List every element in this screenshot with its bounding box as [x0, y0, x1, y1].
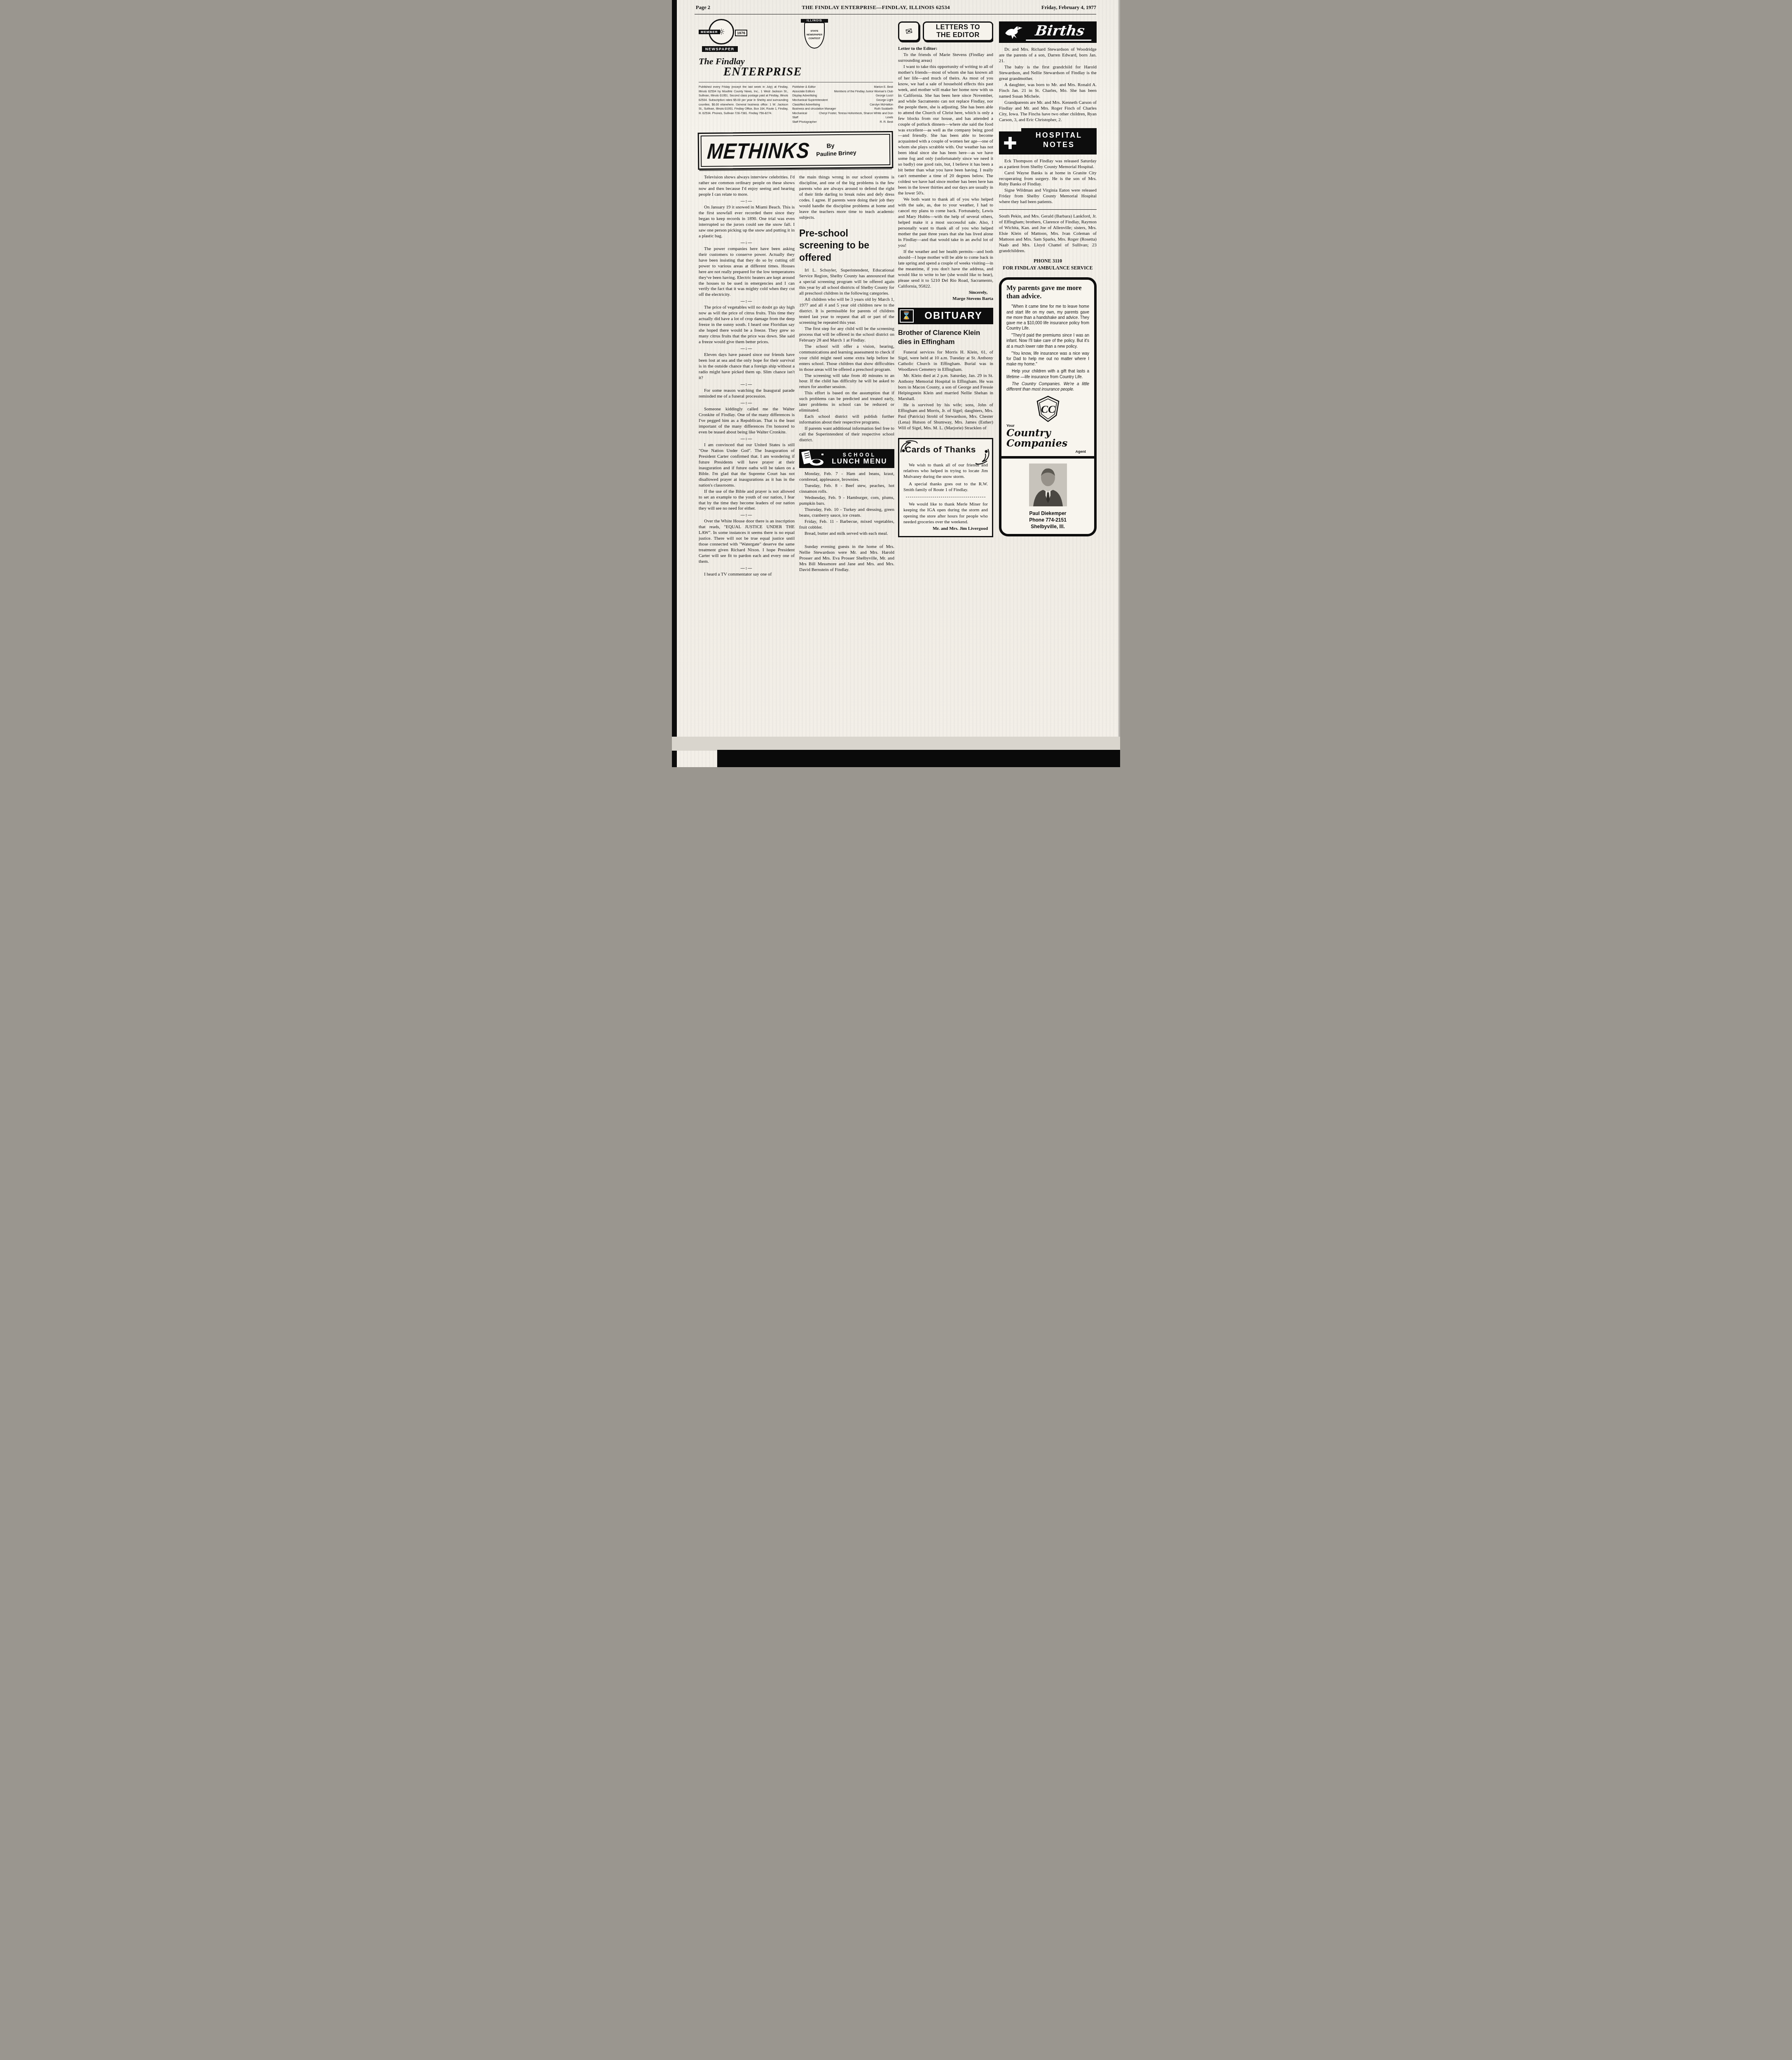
scan-artifact-band — [672, 737, 1120, 751]
agent-name: Paul Diekemper — [1006, 510, 1089, 517]
envelope-icon: ✉ — [904, 26, 913, 37]
ambulance-notice: PHONE 3110 FOR FINDLAY AMBULANCE SERVICE — [999, 257, 1097, 272]
hospital-banner-line2: NOTES — [1025, 140, 1093, 150]
birth-announcement: A daughter, was born to Mr. and Mrs. Ron… — [999, 82, 1097, 100]
section-divider: —:— — [699, 382, 795, 387]
paragraph: Each school district will publish furthe… — [799, 414, 894, 426]
obituary-paragraph: Funeral services for Morris H. Klein, 61… — [898, 350, 993, 373]
hospital-note: Carol Wayne Banks is at home in Granite … — [999, 171, 1097, 188]
scan-edge-right — [1118, 0, 1120, 767]
stork-icon — [1003, 24, 1025, 40]
paragraph: This effort is based on the assumption t… — [799, 391, 894, 414]
thanks-note-paragraph: We would like to thank Merle Miner for k… — [903, 501, 988, 525]
letters-banner-line1: LETTERS TO — [926, 23, 990, 31]
crest-text: STATE NEWSPAPER CONTEST — [804, 30, 825, 41]
staff-value: Members of the Findlay Junior Woman's Cl… — [834, 89, 893, 94]
newspaper-page: Page 2 THE FINDLAY ENTERPRISE—FINDLAY, I… — [672, 0, 1120, 767]
lunch-banner-line1: SCHOOL — [828, 452, 891, 458]
staff-label: Associate Editors — [792, 89, 815, 94]
staff-label: Classified Advertising — [792, 103, 820, 107]
staff-label: Mechanical Superintendent — [792, 98, 828, 103]
paragraph: Irl L. Schuyler, Superintendent, Educati… — [799, 268, 894, 297]
staff-row: Business and circulation ManagerRuth Sud… — [792, 107, 893, 111]
section-divider: —:— — [699, 346, 795, 351]
scan-artifact-bottom-bar — [717, 750, 1120, 767]
paragraph: Over the White House door there is an in… — [699, 519, 795, 565]
cross-icon — [1003, 136, 1017, 150]
paragraph: For some reason watching the Inaugural p… — [699, 388, 795, 400]
menu-plate-icon — [801, 450, 825, 467]
letters-to-editor-banner: ✉ LETTERS TO THE EDITOR — [898, 21, 993, 41]
flourish-icon — [900, 440, 918, 454]
methinks-column-banner: METHINKS By Pauline Briney — [698, 131, 894, 170]
press-association-seal: ☼ MEMBER 1976 NEWSPAPER — [699, 19, 747, 54]
ad-paragraph: Help your children with a gift that last… — [1006, 369, 1089, 379]
ad-agent-label: Agent — [1006, 449, 1086, 454]
obituary-banner: ⌛ OBITUARY — [898, 308, 993, 324]
cards-of-thanks-box: Cards of Thanks We wish to thank all of … — [898, 438, 993, 538]
social-note: Sunday evening guests in the home of Mrs… — [799, 544, 894, 573]
page-number: Page 2 — [696, 5, 710, 11]
preschool-headline: Pre-school screening to be offered — [799, 227, 894, 264]
menu-item: Friday, Feb. 11 - Barbecue, mixed vegeta… — [799, 519, 894, 531]
staff-label: Staff Photographer — [792, 120, 816, 124]
paragraph: The screening will take from 40 minutes … — [799, 373, 894, 391]
hospital-note: Eck Thompson of Findlay was released Sat… — [999, 159, 1097, 170]
agent-phone: Phone 774-2151 — [1006, 517, 1089, 523]
thanks-note-signature: Mr. and Mrs. Jim Livergood — [903, 526, 988, 531]
staff-value: R. R. Best — [880, 120, 893, 124]
menu-item: Tuesday, Feb. 8 - Beef stew, peaches, ho… — [799, 483, 894, 495]
seal-newspaper-bar: NEWSPAPER — [702, 46, 738, 52]
letter-paragraph: I want to take this opportunity of writi… — [898, 64, 993, 197]
section-divider: —:— — [699, 566, 795, 571]
paragraph: Eleven days have passed since our friend… — [699, 352, 795, 381]
section-divider: —:— — [699, 241, 795, 245]
crest-ribbon: ILLINOIS — [801, 19, 828, 23]
thanks-note-paragraph: A special thanks goes out to the R.W. Sm… — [903, 481, 988, 493]
menu-item: Monday, Feb. 7 - Ham and beans, kraut, c… — [799, 471, 894, 483]
paragraph: The power companies here have been askin… — [699, 246, 795, 298]
ambulance-service: FOR FINDLAY AMBULANCE SERVICE — [999, 265, 1097, 272]
agent-photo — [1029, 463, 1067, 506]
births-banner: Births — [999, 21, 1097, 43]
header-rule — [695, 14, 1096, 14]
section-divider: —:— — [699, 513, 795, 517]
staff-value: George Lozzi — [876, 94, 893, 98]
methinks-byline: By Pauline Briney — [816, 141, 856, 158]
section-divider: —:— — [699, 437, 795, 441]
obituary-paragraph: He is survived by his wife; sons, John o… — [898, 403, 993, 431]
ad-paragraph: "You know, life insurance was a nice way… — [1006, 351, 1089, 368]
columnist-name: Pauline Briney — [816, 149, 856, 157]
country-companies-ad: My parents gave me more than advice. "Wh… — [999, 277, 1097, 536]
paragraph: If the use of the Bible and prayer is no… — [699, 489, 795, 512]
note-divider — [906, 497, 985, 497]
birth-announcement: Dr. and Mrs. Richard Stewardson of Woodr… — [999, 47, 1097, 64]
methinks-title: METHINKS — [706, 138, 810, 164]
staff-label: Display Advertising — [792, 94, 817, 98]
publication-info: Published every Friday (except the last … — [699, 85, 788, 124]
menu-item: Wednesday, Feb. 9 - Hamburger, corn, plu… — [799, 495, 894, 507]
member-ribbon: MEMBER — [699, 30, 720, 34]
staff-row: Associate EditorsMembers of the Findlay … — [792, 89, 893, 94]
paragraph: If parents want additional information f… — [799, 426, 894, 443]
paragraph: The school will offer a vision, hearing,… — [799, 344, 894, 373]
column-3: ✉ LETTERS TO THE EDITOR Letter to the Ed… — [898, 21, 993, 727]
obituary-continuation: South Pekin, and Mrs. Gerald (Barbara) L… — [999, 214, 1097, 254]
section-divider: —:— — [699, 401, 795, 405]
ad-paragraph: The Country Companies. We're a little di… — [1006, 382, 1089, 392]
hospital-notes-banner: HOSPITAL NOTES — [999, 128, 1097, 154]
hospital-banner-line1: HOSPITAL — [1025, 131, 1093, 140]
staff-label: Mechanical Staff — [792, 111, 813, 120]
birth-announcement: Grandparents are Mr. and Mrs. Kenneth Ca… — [999, 100, 1097, 123]
letter-paragraph: We both want to thank all of you who hel… — [898, 197, 993, 249]
staff-row: Mechanical StaffCheryl Foster, Teresa Ho… — [792, 111, 893, 120]
staff-label: Business and circulation Manager — [792, 107, 836, 111]
ad-brand-line2: Companies — [1006, 438, 1089, 448]
ad-brand-line1: Country — [1006, 428, 1089, 438]
ad-paragraph: "When it came time for me to leave home … — [1006, 304, 1089, 331]
paragraph: Television shows always interview celebr… — [699, 175, 795, 198]
staff-value: Marion E. Best — [874, 85, 893, 89]
letter-closing: Sincerely, — [898, 290, 987, 296]
staff-label: Publisher & Editor — [792, 85, 816, 89]
obituary-banner-title: OBITUARY — [914, 310, 993, 322]
section-rule — [999, 209, 1097, 210]
ad-paragraph: "They'd paid the premiums since I was an… — [1006, 333, 1089, 349]
obituary-paragraph: Mr. Klein died at 2 p.m. Saturday, Jan. … — [898, 373, 993, 402]
school-lunch-menu-banner: SCHOOL LUNCH MENU — [799, 449, 894, 468]
letter-salutation: Letter to the Editor: — [898, 46, 993, 52]
paragraph: I am convinced that our United States is… — [699, 442, 795, 489]
column-4: Births Dr. and Mrs. Richard Stewardson o… — [999, 21, 1097, 727]
paragraph: On January 19 it snowed in Miami Beach. … — [699, 205, 795, 239]
section-divider: —:— — [699, 299, 795, 304]
letter-signature: Marge Stevens Barta — [898, 296, 993, 302]
menu-note: Bread, butter and milk served with each … — [799, 531, 894, 537]
birth-announcement: The baby is the first grandchild for Har… — [999, 65, 1097, 82]
paragraph: I heard a TV commentator say one of — [699, 572, 795, 578]
ambulance-phone: PHONE 3110 — [999, 257, 1097, 265]
staff-value: Cheryl Foster, Teresa Hollonbeck, Sharon… — [815, 111, 893, 120]
obituary-headline: Brother of Clarence Klein dies in Effing… — [898, 328, 993, 347]
menu-item: Thursday, Feb. 10 - Turkey and dressing,… — [799, 507, 894, 519]
issue-date: Friday, February 4, 1977 — [1041, 5, 1096, 11]
paragraph: The price of vegetables will no doubt go… — [699, 305, 795, 345]
column-2: the main things wrong in our school syst… — [799, 175, 894, 729]
hourglass-icon: ⌛ — [902, 311, 911, 320]
letter-intro: To the friends of Marie Stevens (Findlay… — [898, 52, 993, 64]
svg-text:CC: CC — [1041, 403, 1055, 415]
staff-row: Classified AdvertisingCarolyn McHatton — [792, 103, 893, 107]
paragraph: All children who will be 3 years old by … — [799, 297, 894, 326]
staff-row: Display AdvertisingGeorge Lozzi — [792, 94, 893, 98]
ad-headline: My parents gave me more than advice. — [1006, 284, 1089, 300]
country-companies-logo: CC — [1035, 396, 1061, 423]
staff-value: George Light — [876, 98, 893, 103]
section-divider: —:— — [699, 199, 795, 204]
staff-value: Carolyn McHatton — [870, 103, 893, 107]
staff-row: Publisher & EditorMarion E. Best — [792, 85, 893, 89]
staff-list: Publisher & EditorMarion E. Best Associa… — [792, 85, 893, 124]
newspaper-title: THE FINDLAY ENTERPRISE—FINDLAY, ILLINOIS… — [802, 4, 950, 11]
page-header: Page 2 THE FINDLAY ENTERPRISE—FINDLAY, I… — [696, 4, 1096, 11]
methinks-column-text: Television shows always interview celebr… — [699, 175, 795, 729]
letter-paragraph: If the weather and her health permits—an… — [898, 249, 993, 290]
letters-banner-line2: THE EDITOR — [926, 31, 990, 39]
staff-value: Ruth Suddarth — [874, 107, 893, 111]
contest-crest: ILLINOIS STATE NEWSPAPER CONTEST — [801, 19, 828, 54]
births-banner-title: Births — [1026, 24, 1094, 41]
paragraph: Someone kiddingly called me the Walter C… — [699, 407, 795, 435]
newspaper-nameplate: The Findlay ENTERPRISE — [699, 56, 893, 79]
staff-row: Staff PhotographerR. R. Best — [792, 120, 893, 124]
scan-edge-left — [672, 0, 677, 767]
lunch-banner-line2: LUNCH MENU — [828, 457, 891, 466]
staff-row: Mechanical SuperintendentGeorge Light — [792, 98, 893, 103]
seal-year: 1976 — [735, 30, 747, 36]
hospital-note: Signe Wildman and Virginia Eaton were re… — [999, 188, 1097, 205]
staff-box: Published every Friday (except the last … — [699, 82, 893, 124]
agent-city: Shelbyville, Ill. — [1006, 523, 1089, 530]
by-label: By — [826, 141, 856, 150]
masthead: ☼ MEMBER 1976 NEWSPAPER ILLINOIS STATE N… — [699, 19, 893, 124]
paragraph: The first step for any child will be the… — [799, 326, 894, 344]
nameplate-line2: ENTERPRISE — [723, 65, 893, 79]
methinks-continuation: the main things wrong in our school syst… — [799, 175, 894, 221]
ad-divider — [1001, 456, 1094, 459]
